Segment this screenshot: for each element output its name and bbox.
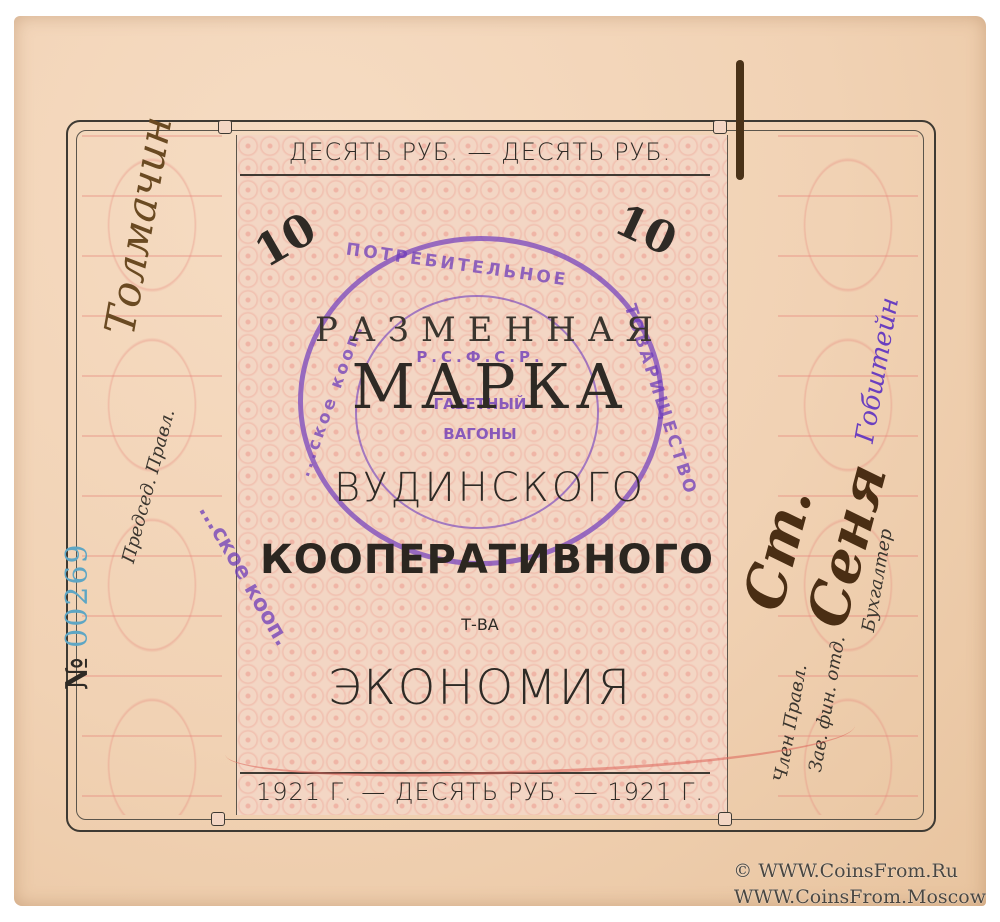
issuer-abbrev: Т-ВА (380, 615, 580, 634)
watermark-line1: © WWW.CoinsFrom.Ru (733, 860, 958, 882)
title-marka: МАРКА (340, 350, 640, 423)
ink-stroke (736, 60, 744, 180)
frame-corner (218, 120, 232, 134)
arc-heading: РАЗМЕННАЯ (300, 310, 680, 350)
top-denomination-band: ДЕСЯТЬ РУБ. — ДЕСЯТЬ РУБ. (240, 138, 720, 166)
top-rule (240, 174, 710, 176)
numero-sign: № (60, 657, 95, 690)
serial-digits: 00269 (60, 542, 95, 647)
stamp-center-line2: ВАГОНЫ (380, 425, 580, 443)
frame-corner (713, 120, 727, 134)
bottom-date-band: 1921 Г. — ДЕСЯТЬ РУБ. — 1921 Г. (240, 778, 720, 806)
issuer-type: КООПЕРАТИВНОГО (260, 537, 700, 583)
frame-corner (718, 812, 732, 826)
frame-corner (211, 812, 225, 826)
serial-number: № 00269 (60, 542, 95, 690)
issuer-town: ВУДИНСКОГО (300, 465, 680, 511)
watermark-line2: WWW.CoinsFrom.Moscow (734, 886, 986, 908)
